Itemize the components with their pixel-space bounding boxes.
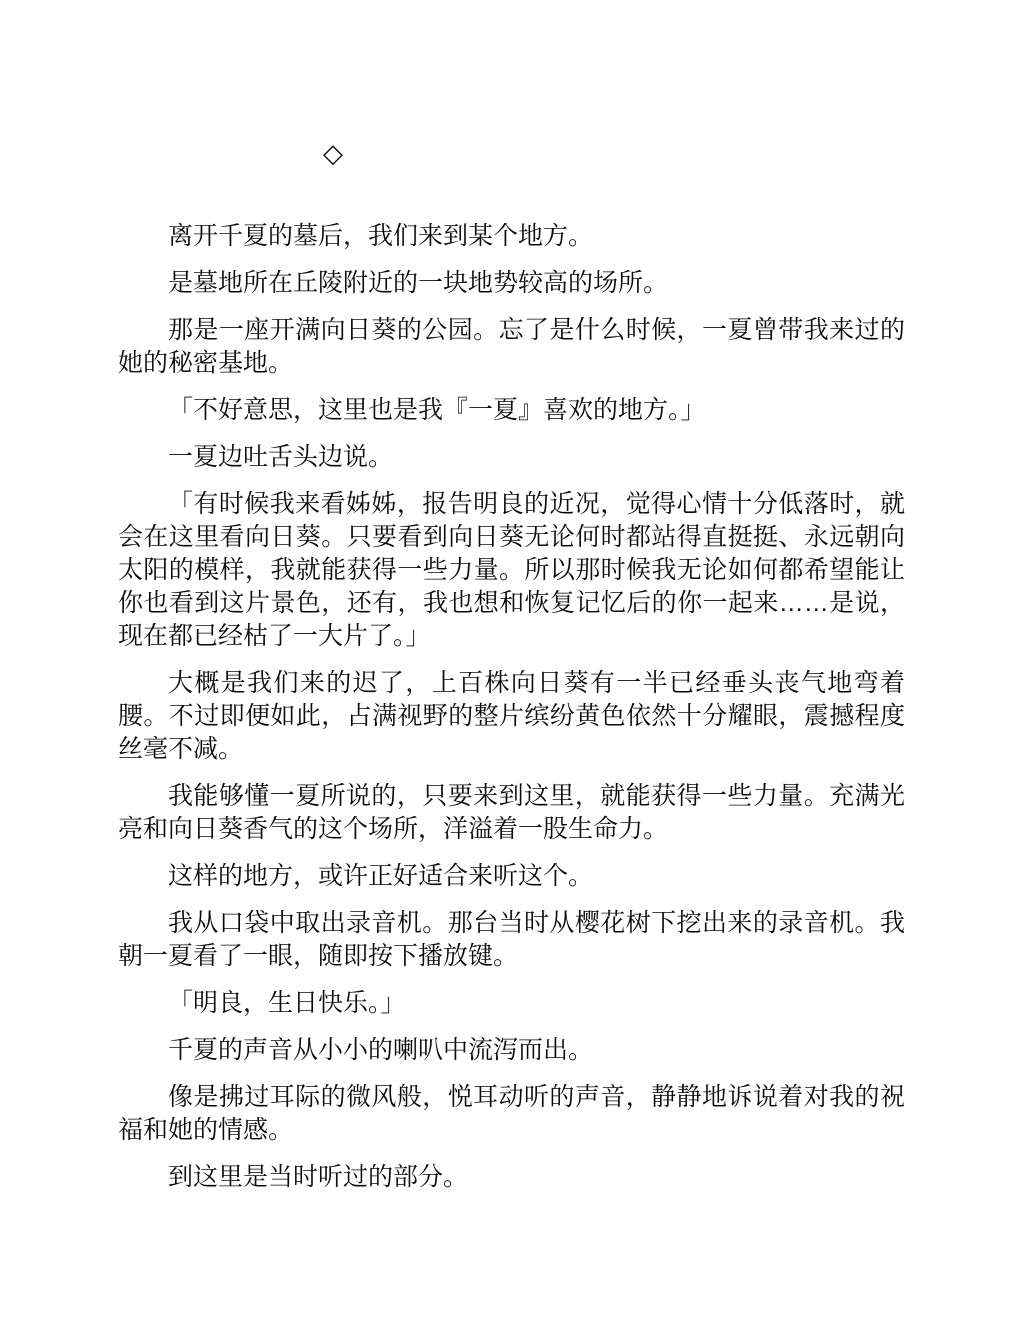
paragraph-dialogue: 「不好意思，这里也是我『一夏』喜欢的地方。」	[118, 394, 905, 427]
ebook-page: ◇ 离开千夏的墓后，我们来到某个地方。 是墓地所在丘陵附近的一块地势较高的场所。…	[0, 0, 1020, 1320]
section-divider-diamond-icon: ◇	[323, 140, 905, 166]
paragraph: 我从口袋中取出录音机。那台当时从樱花树下挖出来的录音机。我朝一夏看了一眼，随即按…	[118, 907, 905, 973]
paragraph: 这样的地方，或许正好适合来听这个。	[118, 860, 905, 893]
paragraph: 到这里是当时听过的部分。	[118, 1161, 905, 1194]
paragraph: 千夏的声音从小小的喇叭中流泻而出。	[118, 1034, 905, 1067]
paragraph: 一夏边吐舌头边说。	[118, 441, 905, 474]
paragraph: 离开千夏的墓后，我们来到某个地方。	[118, 220, 905, 253]
paragraph-dialogue: 「有时候我来看姊姊，报告明良的近况，觉得心情十分低落时，就会在这里看向日葵。只要…	[118, 488, 905, 653]
paragraph: 像是拂过耳际的微风般，悦耳动听的声音，静静地诉说着对我的祝福和她的情感。	[118, 1081, 905, 1147]
paragraph: 那是一座开满向日葵的公园。忘了是什么时候，一夏曾带我来过的她的秘密基地。	[118, 314, 905, 380]
paragraph-dialogue: 「明良，生日快乐。」	[118, 987, 905, 1020]
paragraph: 大概是我们来的迟了，上百株向日葵有一半已经垂头丧气地弯着腰。不过即便如此，占满视…	[118, 667, 905, 766]
paragraph: 我能够懂一夏所说的，只要来到这里，就能获得一些力量。充满光亮和向日葵香气的这个场…	[118, 780, 905, 846]
paragraph: 是墓地所在丘陵附近的一块地势较高的场所。	[118, 267, 905, 300]
